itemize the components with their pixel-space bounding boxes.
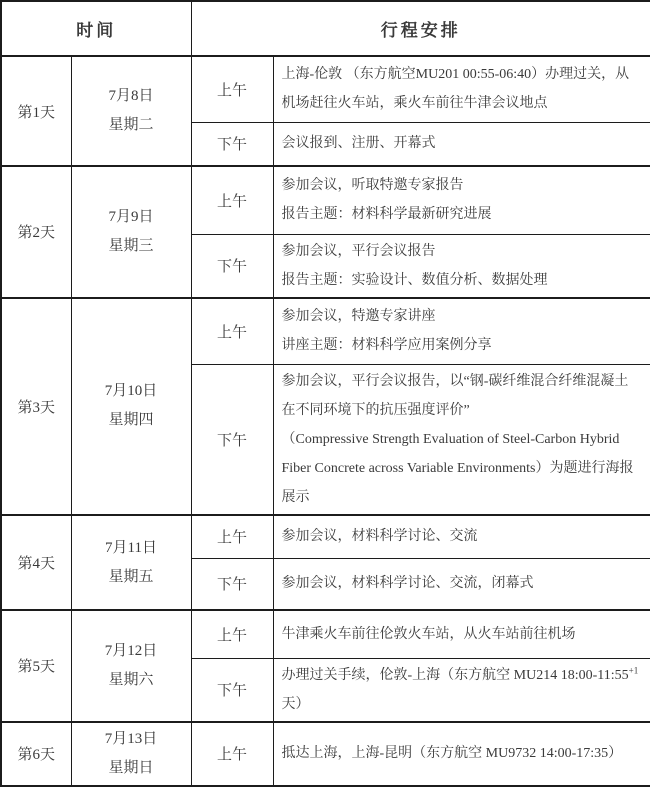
activity-paragraph: 报告主题：实验设计、数值分析、数据处理 — [282, 266, 643, 295]
table-row: 第3天 7月10日 星期四 上午 参加会议，特邀专家讲座 讲座主题：材料科学应用… — [1, 298, 650, 365]
day-2-date-cell: 7月9日 星期三 — [71, 166, 191, 298]
date-text: 7月9日 — [74, 203, 189, 232]
day-1-am-label: 上午 — [191, 56, 273, 122]
activity-paragraph: 参加会议，平行会议报告，以“钢-碳纤维混合纤维混凝土在不同环境下的抗压强度评价” — [282, 367, 643, 425]
day-3-pm-activity: 参加会议，平行会议报告，以“钢-碳纤维混合纤维混凝土在不同环境下的抗压强度评价”… — [273, 365, 650, 516]
activity-paragraph: 参加会议，平行会议报告 — [282, 237, 643, 266]
activity-paragraph: 参加会议，材料科学讨论、交流 — [282, 522, 643, 551]
day-5-pm-activity: 办理过关手续，伦敦-上海（东方航空 MU214 18:00-11:55+1天） — [273, 658, 650, 722]
day-2-am-label: 上午 — [191, 166, 273, 234]
date-text: 7月10日 — [74, 377, 189, 406]
day-4-am-activity: 参加会议，材料科学讨论、交流 — [273, 515, 650, 558]
day-5-pm-label: 下午 — [191, 658, 273, 722]
day-3-am-activity: 参加会议，特邀专家讲座 讲座主题：材料科学应用案例分享 — [273, 298, 650, 365]
day-1-label: 第1天 — [1, 56, 71, 166]
activity-paragraph: 报告主题：材料科学最新研究进展 — [282, 200, 643, 229]
day-4-date-cell: 7月11日 星期五 — [71, 515, 191, 610]
day-5-date-cell: 7月12日 星期六 — [71, 610, 191, 722]
table-row: 第1天 7月8日 星期二 上午 上海-伦敦 （东方航空MU201 00:55-0… — [1, 56, 650, 122]
day-2-label: 第2天 — [1, 166, 71, 298]
date-text: 7月8日 — [74, 82, 189, 111]
day-4-pm-activity: 参加会议，材料科学讨论、交流，闭幕式 — [273, 558, 650, 610]
itinerary-table: 时间 行程安排 第1天 7月8日 星期二 上午 上海-伦敦 （东方航空MU201… — [0, 0, 650, 787]
day-4-label: 第4天 — [1, 515, 71, 610]
weekday-text: 星期二 — [74, 111, 189, 140]
day-3-date-cell: 7月10日 星期四 — [71, 298, 191, 516]
day-3-pm-label: 下午 — [191, 365, 273, 516]
day-3-label: 第3天 — [1, 298, 71, 516]
header-itinerary: 行程安排 — [191, 1, 650, 56]
day-5-label: 第5天 — [1, 610, 71, 722]
weekday-text: 星期三 — [74, 232, 189, 261]
day-2-pm-activity: 参加会议，平行会议报告 报告主题：实验设计、数值分析、数据处理 — [273, 234, 650, 298]
day-2-pm-label: 下午 — [191, 234, 273, 298]
activity-paragraph: 参加会议，听取特邀专家报告 — [282, 171, 643, 200]
day-2-am-activity: 参加会议，听取特邀专家报告 报告主题：材料科学最新研究进展 — [273, 166, 650, 234]
header-time: 时间 — [1, 1, 191, 56]
activity-paragraph: 上海-伦敦 （东方航空MU201 00:55-06:40）办理过关，从机场赶往火… — [282, 60, 643, 118]
activity-paragraph: 讲座主题：材料科学应用案例分享 — [282, 331, 643, 360]
weekday-text: 星期五 — [74, 563, 189, 592]
day-6-am-label: 上午 — [191, 722, 273, 786]
day-6-am-activity: 抵达上海，上海-昆明（东方航空 MU9732 14:00-17:35） — [273, 722, 650, 786]
table-row: 第5天 7月12日 星期六 上午 牛津乘火车前往伦敦火车站，从火车站前往机场 — [1, 610, 650, 658]
day-1-date-cell: 7月8日 星期二 — [71, 56, 191, 166]
activity-paragraph: 牛津乘火车前往伦敦火车站，从火车站前往机场 — [282, 620, 643, 649]
table-row: 第2天 7月9日 星期三 上午 参加会议，听取特邀专家报告 报告主题：材料科学最… — [1, 166, 650, 234]
day-3-am-label: 上午 — [191, 298, 273, 365]
day-4-pm-label: 下午 — [191, 558, 273, 610]
date-text: 7月11日 — [74, 534, 189, 563]
activity-paragraph: 抵达上海，上海-昆明（东方航空 MU9732 14:00-17:35） — [282, 739, 643, 768]
table-row: 第6天 7月13日 星期日 上午 抵达上海，上海-昆明（东方航空 MU9732 … — [1, 722, 650, 786]
weekday-text: 星期日 — [74, 754, 189, 783]
table-row: 第4天 7月11日 星期五 上午 参加会议，材料科学讨论、交流 — [1, 515, 650, 558]
activity-paragraph: 参加会议，特邀专家讲座 — [282, 302, 643, 331]
day-5-am-activity: 牛津乘火车前往伦敦火车站，从火车站前往机场 — [273, 610, 650, 658]
activity-paragraph: 会议报到、注册、开幕式 — [282, 129, 643, 158]
activity-paragraph: 办理过关手续，伦敦-上海（东方航空 MU214 18:00-11:55+1天） — [282, 661, 643, 719]
weekday-text: 星期六 — [74, 666, 189, 695]
table-header-row: 时间 行程安排 — [1, 1, 650, 56]
day-4-am-label: 上午 — [191, 515, 273, 558]
day-1-pm-label: 下午 — [191, 122, 273, 166]
day-6-label: 第6天 — [1, 722, 71, 786]
flight-text-before: 办理过关手续，伦敦-上海（东方航空 MU214 18:00-11:55 — [282, 668, 629, 683]
day-1-pm-activity: 会议报到、注册、开幕式 — [273, 122, 650, 166]
activity-paragraph: （Compressive Strength Evaluation of Stee… — [282, 425, 643, 512]
weekday-text: 星期四 — [74, 406, 189, 435]
date-text: 7月13日 — [74, 725, 189, 754]
day-6-date-cell: 7月13日 星期日 — [71, 722, 191, 786]
day-5-am-label: 上午 — [191, 610, 273, 658]
day-1-am-activity: 上海-伦敦 （东方航空MU201 00:55-06:40）办理过关，从机场赶往火… — [273, 56, 650, 122]
plus-one-day-superscript: +1 — [629, 665, 639, 675]
date-text: 7月12日 — [74, 637, 189, 666]
activity-paragraph: 参加会议，材料科学讨论、交流，闭幕式 — [282, 569, 643, 598]
flight-text-after: 天） — [282, 697, 310, 712]
